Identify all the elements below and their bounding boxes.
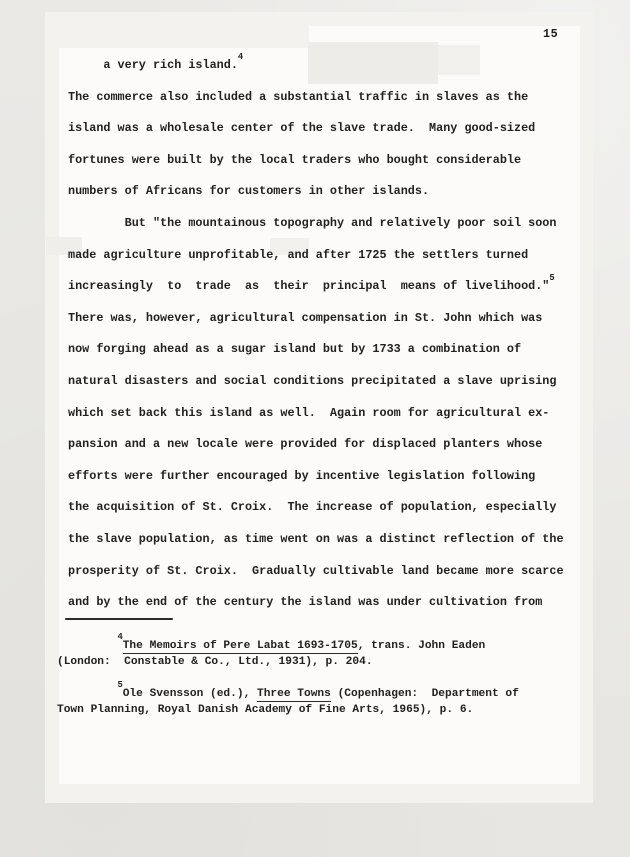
footnote: 5Ole Svensson (ed.), Three Towns (Copenh… bbox=[57, 686, 519, 718]
body-text: a very rich island.4The commerce also in… bbox=[68, 50, 564, 619]
document-page: 15 a very rich island.4The commerce also… bbox=[59, 26, 580, 784]
text-line: now forging ahead as a sugar island but … bbox=[68, 334, 564, 366]
footnote-text: (London: Constable & Co., Ltd., 1931), p… bbox=[57, 656, 373, 668]
text-line: which set back this island as well. Agai… bbox=[68, 398, 564, 430]
footnote-separator bbox=[65, 618, 173, 620]
footnote-line: Town Planning, Royal Danish Academy of F… bbox=[57, 702, 519, 718]
text-line: natural disasters and social conditions … bbox=[68, 366, 564, 398]
cited-title: The Memoirs of Pere Labat 1693-1705 bbox=[123, 640, 358, 654]
text-line: efforts were further encouraged by incen… bbox=[68, 461, 564, 493]
text-line: a very rich island.4 bbox=[68, 50, 564, 82]
text-line: The commerce also included a substantial… bbox=[68, 82, 564, 114]
text-line: fortunes were built by the local traders… bbox=[68, 145, 564, 177]
footnote-marker: 4 bbox=[117, 632, 122, 642]
footnote-text: (Copenhagen: Department of bbox=[331, 688, 519, 700]
page-number: 15 bbox=[543, 27, 558, 41]
footnote-line: (London: Constable & Co., Ltd., 1931), p… bbox=[57, 654, 485, 670]
text-line: the acquisition of St. Croix. The increa… bbox=[68, 492, 564, 524]
footnote-text bbox=[57, 688, 117, 700]
text-line: island was a wholesale center of the sla… bbox=[68, 113, 564, 145]
text-line: the slave population, as time went on wa… bbox=[68, 524, 564, 556]
text-line: pansion and a new locale were provided f… bbox=[68, 429, 564, 461]
text-line: prosperity of St. Croix. Gradually culti… bbox=[68, 556, 564, 588]
footnote-text: Town Planning, Royal Danish Academy of F… bbox=[57, 704, 473, 716]
footnote-reference: 4 bbox=[238, 52, 243, 62]
text-line: numbers of Africans for customers in oth… bbox=[68, 176, 564, 208]
text-line: There was, however, agricultural compens… bbox=[68, 303, 564, 335]
footnote-line: 4The Memoirs of Pere Labat 1693-1705, tr… bbox=[57, 638, 485, 654]
text-line: increasingly to trade as their principal… bbox=[68, 271, 564, 303]
scanned-document-background: { "page": { "number": "15", "body_lines"… bbox=[0, 0, 630, 857]
footnote-reference: 5 bbox=[549, 273, 554, 283]
text-line: made agriculture unprofitable, and after… bbox=[68, 240, 564, 272]
footnote-text: Ole Svensson (ed.), bbox=[123, 688, 257, 700]
text-line: But "the mountainous topography and rela… bbox=[68, 208, 564, 240]
footnote-text bbox=[57, 640, 117, 652]
scan-artifact bbox=[59, 26, 309, 48]
cited-title: Three Towns bbox=[257, 688, 331, 702]
footnote-text: , trans. John Eaden bbox=[358, 640, 486, 652]
text-line: and by the end of the century the island… bbox=[68, 587, 564, 619]
footnote: 4The Memoirs of Pere Labat 1693-1705, tr… bbox=[57, 638, 485, 670]
footnote-line: 5Ole Svensson (ed.), Three Towns (Copenh… bbox=[57, 686, 519, 702]
footnote-marker: 5 bbox=[117, 680, 122, 690]
